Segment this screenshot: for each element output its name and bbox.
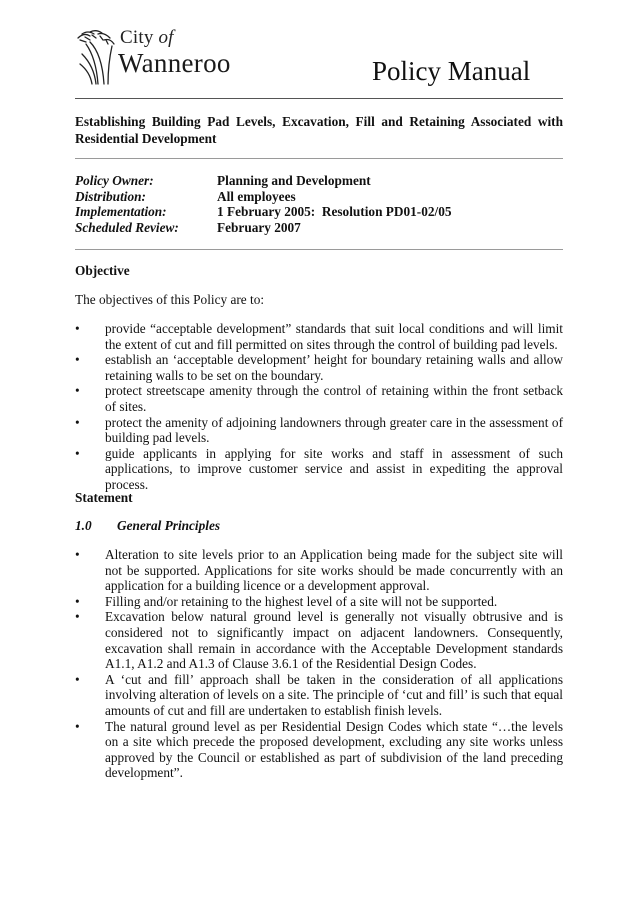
list-item: •guide applicants in applying for site w… [75,446,563,493]
objective-list: •provide “acceptable development” standa… [75,321,563,493]
objective-intro: The objectives of this Policy are to: [75,292,563,308]
bullet-icon: • [75,415,105,431]
general-principles-heading: 1.0 General Principles [75,518,220,534]
meta-value: February 2007 [217,220,301,236]
bullet-icon: • [75,672,105,688]
statement-heading: Statement [75,490,133,506]
policy-metadata: Policy Owner: Planning and Development D… [75,173,563,235]
meta-value: All employees [217,189,296,205]
meta-label: Implementation: [75,204,217,220]
meta-row-distribution: Distribution: All employees [75,189,563,205]
title-divider [75,158,563,159]
bullet-icon: • [75,321,105,337]
meta-label: Scheduled Review: [75,220,217,236]
bullet-icon: • [75,383,105,399]
list-item: •A ‘cut and fill’ approach shall be take… [75,672,563,719]
meta-value: Planning and Development [217,173,371,189]
meta-row-scheduled-review: Scheduled Review: February 2007 [75,220,563,236]
bullet-icon: • [75,609,105,625]
list-item: •Excavation below natural ground level i… [75,609,563,671]
kangaroo-paw-plant-icon [76,28,120,90]
metadata-divider [75,249,563,250]
policy-manual-title: Policy Manual [372,56,530,86]
header-divider [75,98,563,99]
list-item: •protect the amenity of adjoining landow… [75,415,563,446]
subsection-title: General Principles [117,518,220,534]
document-page: City of Wanneroo Policy Manual Establish… [0,0,637,902]
city-of-wanneroo-logo: City of Wanneroo [76,28,276,90]
subsection-number: 1.0 [75,518,117,534]
document-title: Establishing Building Pad Levels, Excava… [75,113,563,147]
meta-label: Distribution: [75,189,217,205]
general-principles-list: •Alteration to site levels prior to an A… [75,547,563,781]
logo-wanneroo-text: Wanneroo [118,48,231,78]
list-item: •Filling and/or retaining to the highest… [75,594,563,610]
list-item: •protect streetscape amenity through the… [75,383,563,414]
bullet-icon: • [75,719,105,735]
logo-city-text: City of [120,28,174,48]
bullet-icon: • [75,352,105,368]
meta-row-implementation: Implementation: 1 February 2005: Resolut… [75,204,563,220]
meta-label: Policy Owner: [75,173,217,189]
list-item: •provide “acceptable development” standa… [75,321,563,352]
list-item: •Alteration to site levels prior to an A… [75,547,563,594]
meta-value: 1 February 2005: Resolution PD01-02/05 [217,204,452,220]
list-item: •The natural ground level as per Residen… [75,719,563,781]
meta-row-policy-owner: Policy Owner: Planning and Development [75,173,563,189]
list-item: •establish an ‘acceptable development’ h… [75,352,563,383]
objective-heading: Objective [75,263,130,279]
bullet-icon: • [75,446,105,462]
bullet-icon: • [75,594,105,610]
bullet-icon: • [75,547,105,563]
